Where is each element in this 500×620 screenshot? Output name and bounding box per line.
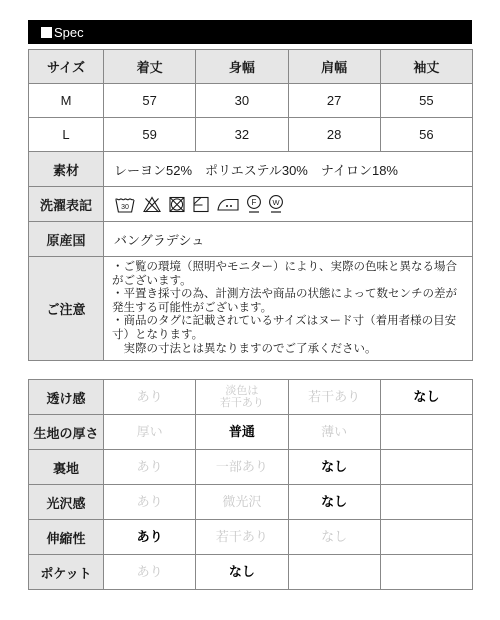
origin-row: 原産国 バングラデシュ: [29, 222, 473, 257]
size-col-header: 着丈: [104, 50, 196, 84]
origin-value: バングラデシュ: [104, 222, 473, 257]
size-detail-table: サイズ 着丈 身幅 肩幅 袖丈 M 57 30 27 55 L 59 32 28…: [28, 49, 473, 361]
notes-label: ご注意: [29, 257, 104, 361]
size-row-m: M 57 30 27 55: [29, 84, 473, 118]
feature-option: [380, 520, 472, 555]
spec-title: Spec: [54, 25, 84, 40]
wet-clean-w-icon: W: [268, 194, 284, 214]
feature-option: なし: [196, 555, 288, 590]
notes-line: ・ご覧の環境（照明やモニター）により、実際の色味と異なる場合がございます。: [112, 261, 466, 288]
do-not-bleach-icon: [142, 195, 162, 214]
size-col-header: 肩幅: [288, 50, 380, 84]
feature-label: 伸縮性: [29, 520, 104, 555]
feature-label: ポケット: [29, 555, 104, 590]
feature-row-stretch: 伸縮性 あり 若干あり なし: [29, 520, 473, 555]
feature-option: なし: [380, 380, 472, 415]
feature-option: [288, 555, 380, 590]
size-row-l: L 59 32 28 56: [29, 118, 473, 152]
feature-option: あり: [104, 450, 196, 485]
material-label: 素材: [29, 152, 104, 187]
svg-text:F: F: [252, 198, 257, 207]
spec-header-bar: Spec: [28, 20, 472, 44]
origin-label: 原産国: [29, 222, 104, 257]
feature-label: 透け感: [29, 380, 104, 415]
notes-line: 実際の寸法とは異なりますのでご了承ください。: [112, 343, 466, 357]
feature-option: あり: [104, 555, 196, 590]
feature-option: 若干あり: [196, 520, 288, 555]
feature-option: なし: [288, 520, 380, 555]
dry-in-shade-icon: [192, 195, 210, 214]
size-value: 32: [196, 118, 288, 152]
care-icons-cell: 30: [104, 187, 473, 222]
size-col-header: 袖丈: [380, 50, 472, 84]
feature-row-gloss: 光沢感 あり 微光沢 なし: [29, 485, 473, 520]
size-name: L: [29, 118, 104, 152]
feature-option: 淡色は 若干あり: [196, 380, 288, 415]
feature-option: [380, 555, 472, 590]
feature-option: 若干あり: [288, 380, 380, 415]
feature-row-sheerness: 透け感 あり 淡色は 若干あり 若干あり なし: [29, 380, 473, 415]
svg-text:30: 30: [121, 204, 129, 211]
size-col-header: 身幅: [196, 50, 288, 84]
size-value: 27: [288, 84, 380, 118]
material-value: レーヨン52% ポリエステル30% ナイロン18%: [104, 152, 473, 187]
feature-option: 薄い: [288, 415, 380, 450]
feature-option: [380, 485, 472, 520]
care-row: 洗濯表記 30: [29, 187, 473, 222]
feature-table: 透け感 あり 淡色は 若干あり 若干あり なし 生地の厚さ 厚い 普通 薄い 裏…: [28, 379, 473, 590]
size-value: 57: [104, 84, 196, 118]
svg-text:W: W: [272, 198, 280, 207]
size-value: 30: [196, 84, 288, 118]
feature-option: 微光沢: [196, 485, 288, 520]
feature-option: 一部あり: [196, 450, 288, 485]
machine-wash-30-icon: 30: [114, 195, 136, 214]
feature-label: 光沢感: [29, 485, 104, 520]
notes-line: ・商品のタグに記載されているサイズはヌード寸（着用者様の目安寸）となります。: [112, 315, 466, 342]
size-value: 56: [380, 118, 472, 152]
feature-option: あり: [104, 380, 196, 415]
feature-option: [380, 415, 472, 450]
size-col-header: サイズ: [29, 50, 104, 84]
feature-row-thickness: 生地の厚さ 厚い 普通 薄い: [29, 415, 473, 450]
feature-label: 生地の厚さ: [29, 415, 104, 450]
feature-label: 裏地: [29, 450, 104, 485]
care-label: 洗濯表記: [29, 187, 104, 222]
feature-option: なし: [288, 450, 380, 485]
do-not-tumble-dry-icon: [168, 195, 186, 214]
spec-square-icon: [41, 27, 52, 38]
notes-row: ご注意 ・ご覧の環境（照明やモニター）により、実際の色味と異なる場合がございます…: [29, 257, 473, 361]
material-row: 素材 レーヨン52% ポリエステル30% ナイロン18%: [29, 152, 473, 187]
feature-row-pocket: ポケット あり なし: [29, 555, 473, 590]
feature-option: なし: [288, 485, 380, 520]
feature-option: 普通: [196, 415, 288, 450]
size-value: 59: [104, 118, 196, 152]
size-value: 28: [288, 118, 380, 152]
spec-page: Spec サイズ 着丈 身幅 肩幅 袖丈 M 57 30 27 55 L: [28, 20, 472, 590]
size-name: M: [29, 84, 104, 118]
notes-line: ・平置き採寸の為、計測方法や商品の状態によって数センチの差が発生する可能性がござ…: [112, 288, 466, 315]
feature-option: 厚い: [104, 415, 196, 450]
feature-option: [380, 450, 472, 485]
feature-option: あり: [104, 520, 196, 555]
iron-icon: [216, 196, 240, 213]
feature-option: あり: [104, 485, 196, 520]
feature-row-lining: 裏地 あり 一部あり なし: [29, 450, 473, 485]
dry-clean-f-icon: F: [246, 194, 262, 214]
size-header-row: サイズ 着丈 身幅 肩幅 袖丈: [29, 50, 473, 84]
size-value: 55: [380, 84, 472, 118]
notes-text: ・ご覧の環境（照明やモニター）により、実際の色味と異なる場合がございます。 ・平…: [104, 257, 473, 361]
